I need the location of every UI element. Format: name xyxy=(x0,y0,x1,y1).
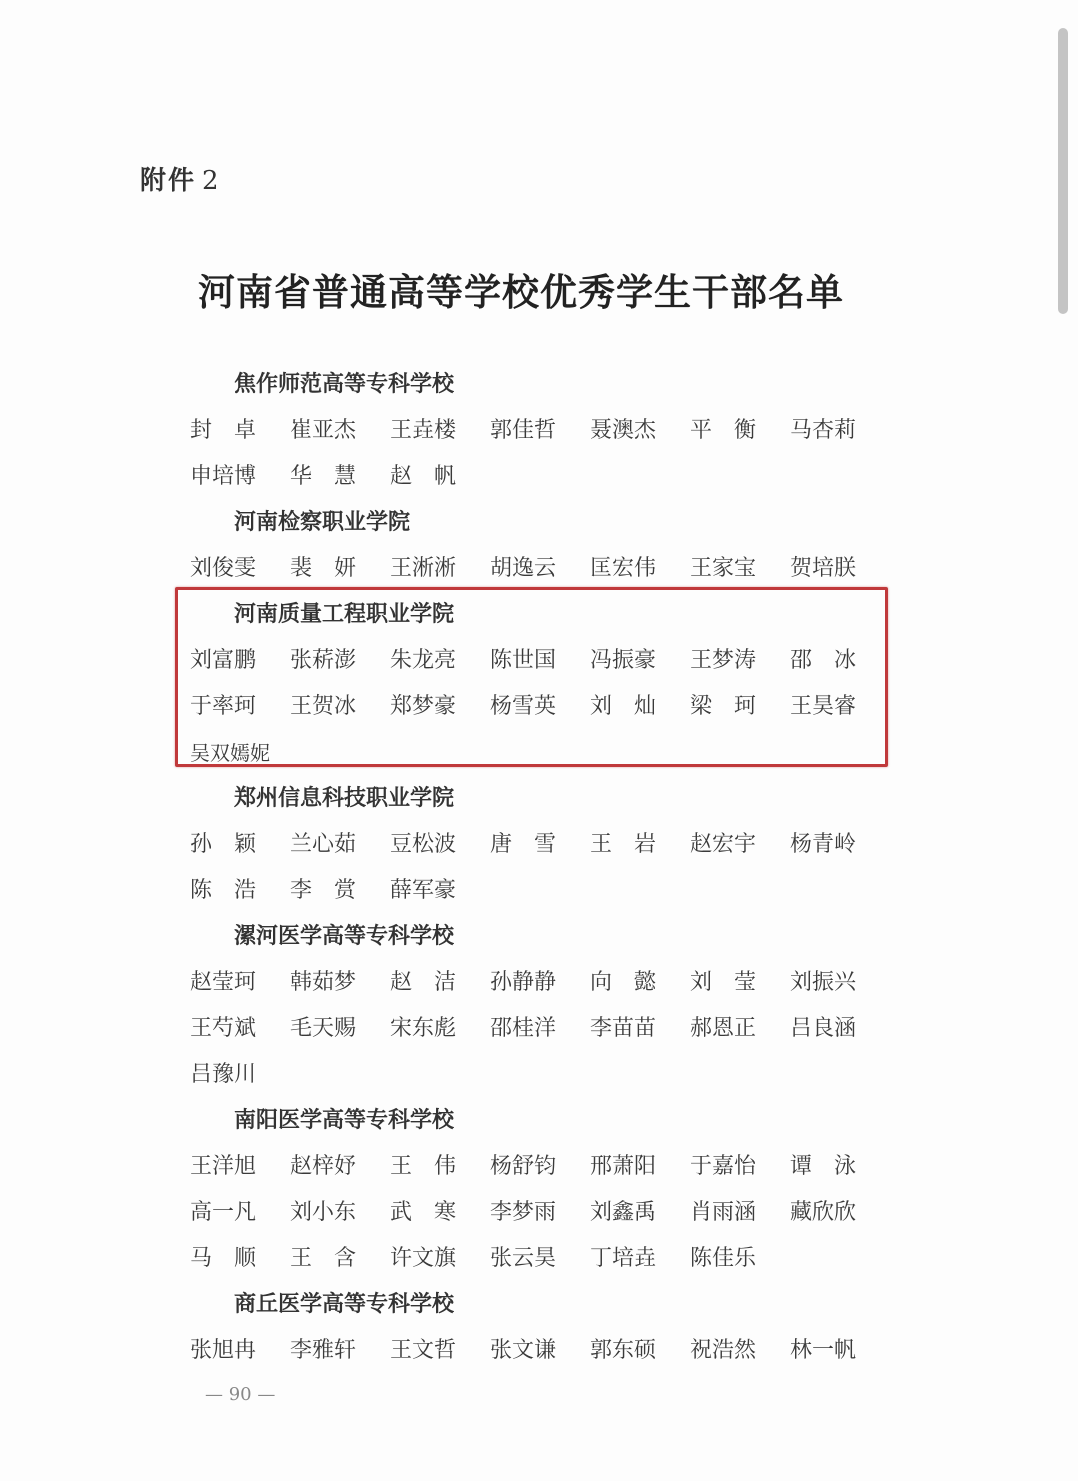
student-name: 王 伟 xyxy=(390,1144,490,1190)
student-name: 裴 妍 xyxy=(290,546,390,592)
school-name: 漯河医学高等专科学校 xyxy=(234,914,890,960)
student-name: 李梦雨 xyxy=(490,1190,590,1236)
student-name: 韩茹梦 xyxy=(290,960,390,1006)
student-name: 谭 泳 xyxy=(790,1144,890,1190)
student-name: 刘富鹏 xyxy=(190,638,290,684)
student-name: 李 赏 xyxy=(290,868,390,914)
student-name: 杨青岭 xyxy=(790,822,890,868)
school-section: 南阳医学高等专科学校 王洋旭赵梓妤王 伟杨舒钧邢萧阳于嘉怡谭 泳 高一凡刘小东武… xyxy=(190,1098,890,1282)
student-name: 赵 帆 xyxy=(390,454,490,500)
student-name: 于率珂 xyxy=(190,684,290,730)
student-name: 吴双嫣妮 xyxy=(190,730,270,776)
name-row: 张旭冉李雅轩王文哲张文谦郭东硕祝浩然林一帆 xyxy=(190,1328,890,1374)
student-name: 邵 冰 xyxy=(790,638,890,684)
name-row: 吕豫川 xyxy=(190,1052,890,1098)
student-name: 于嘉怡 xyxy=(690,1144,790,1190)
school-section: 郑州信息科技职业学院 孙 颖兰心茹豆松波唐 雪王 岩赵宏宇杨青岭 陈 浩李 赏薛… xyxy=(190,776,890,914)
student-name: 许文旗 xyxy=(390,1236,490,1282)
student-name: 崔亚杰 xyxy=(290,408,390,454)
school-section: 商丘医学高等专科学校 张旭冉李雅轩王文哲张文谦郭东硕祝浩然林一帆 xyxy=(190,1282,890,1374)
document-title: 河南省普通高等学校优秀学生干部名单 xyxy=(198,262,844,316)
student-name: 张旭冉 xyxy=(190,1328,290,1374)
student-name: 匡宏伟 xyxy=(590,546,690,592)
student-name: 陈佳乐 xyxy=(690,1236,790,1282)
student-name: 梁 珂 xyxy=(690,684,790,730)
student-name: 刘鑫禹 xyxy=(590,1190,690,1236)
student-name: 林一帆 xyxy=(790,1328,890,1374)
school-name: 焦作师范高等专科学校 xyxy=(234,362,890,408)
document-page: 附件2 河南省普通高等学校优秀学生干部名单 焦作师范高等专科学校 封 卓崔亚杰王… xyxy=(0,0,1078,1481)
student-name: 刘振兴 xyxy=(790,960,890,1006)
student-name: 陈世国 xyxy=(490,638,590,684)
attachment-label: 附件2 xyxy=(140,160,221,197)
student-name: 孙静静 xyxy=(490,960,590,1006)
student-name: 王垚楼 xyxy=(390,408,490,454)
student-name: 刘俊雯 xyxy=(190,546,290,592)
school-name: 河南质量工程职业学院 xyxy=(234,592,890,638)
student-name: 武 寒 xyxy=(390,1190,490,1236)
student-name: 马 顺 xyxy=(190,1236,290,1282)
student-name: 丁培垚 xyxy=(590,1236,690,1282)
attachment-text: 附件 xyxy=(140,166,196,196)
student-name: 刘 灿 xyxy=(590,684,690,730)
student-name: 毛天赐 xyxy=(290,1006,390,1052)
student-name: 王 岩 xyxy=(590,822,690,868)
name-row: 刘俊雯裴 妍王淅淅胡逸云匡宏伟王家宝贺培朕 xyxy=(190,546,890,592)
name-row: 王芍斌毛天赐宋东彪邵桂洋李苗苗郝恩正吕良涵 xyxy=(190,1006,890,1052)
student-name: 王贺冰 xyxy=(290,684,390,730)
student-name: 平 衡 xyxy=(690,408,790,454)
student-name: 王家宝 xyxy=(690,546,790,592)
name-row: 申培博华 慧赵 帆 xyxy=(190,454,890,500)
student-name: 胡逸云 xyxy=(490,546,590,592)
school-section-highlighted: 河南质量工程职业学院 刘富鹏张菥澎朱龙亮陈世国冯振豪王梦涛邵 冰 于率珂王贺冰郑… xyxy=(190,592,890,776)
vertical-scrollbar[interactable] xyxy=(1058,28,1068,314)
name-row: 刘富鹏张菥澎朱龙亮陈世国冯振豪王梦涛邵 冰 xyxy=(190,638,890,684)
student-name: 张菥澎 xyxy=(290,638,390,684)
student-name: 王淅淅 xyxy=(390,546,490,592)
student-name: 王梦涛 xyxy=(690,638,790,684)
school-section: 漯河医学高等专科学校 赵莹珂韩茹梦赵 洁孙静静向 懿刘 莹刘振兴 王芍斌毛天赐宋… xyxy=(190,914,890,1098)
school-name: 南阳医学高等专科学校 xyxy=(234,1098,890,1144)
student-name: 贺培朕 xyxy=(790,546,890,592)
student-name: 华 慧 xyxy=(290,454,390,500)
student-name: 冯振豪 xyxy=(590,638,690,684)
student-name: 赵宏宇 xyxy=(690,822,790,868)
student-name: 兰心茹 xyxy=(290,822,390,868)
name-row: 吴双嫣妮 xyxy=(190,730,890,776)
name-row: 高一凡刘小东武 寒李梦雨刘鑫禹肖雨涵藏欣欣 xyxy=(190,1190,890,1236)
student-name: 王文哲 xyxy=(390,1328,490,1374)
student-name: 宋东彪 xyxy=(390,1006,490,1052)
name-row: 孙 颖兰心茹豆松波唐 雪王 岩赵宏宇杨青岭 xyxy=(190,822,890,868)
student-name: 刘 莹 xyxy=(690,960,790,1006)
student-name: 郑梦豪 xyxy=(390,684,490,730)
school-name: 商丘医学高等专科学校 xyxy=(234,1282,890,1328)
name-row: 于率珂王贺冰郑梦豪杨雪英刘 灿梁 珂王昊睿 xyxy=(190,684,890,730)
student-name: 郭东硕 xyxy=(590,1328,690,1374)
student-name: 王 含 xyxy=(290,1236,390,1282)
student-name: 赵 洁 xyxy=(390,960,490,1006)
student-name: 王洋旭 xyxy=(190,1144,290,1190)
name-row: 王洋旭赵梓妤王 伟杨舒钧邢萧阳于嘉怡谭 泳 xyxy=(190,1144,890,1190)
student-name: 孙 颖 xyxy=(190,822,290,868)
student-name: 赵梓妤 xyxy=(290,1144,390,1190)
student-name: 朱龙亮 xyxy=(390,638,490,684)
student-name: 肖雨涵 xyxy=(690,1190,790,1236)
student-name: 张云昊 xyxy=(490,1236,590,1282)
student-name: 郭佳哲 xyxy=(490,408,590,454)
student-name: 封 卓 xyxy=(190,408,290,454)
student-name: 李苗苗 xyxy=(590,1006,690,1052)
student-name: 陈 浩 xyxy=(190,868,290,914)
student-name: 豆松波 xyxy=(390,822,490,868)
student-name: 祝浩然 xyxy=(690,1328,790,1374)
student-name: 聂澳杰 xyxy=(590,408,690,454)
student-name: 郝恩正 xyxy=(690,1006,790,1052)
student-name: 邵桂洋 xyxy=(490,1006,590,1052)
student-name: 杨雪英 xyxy=(490,684,590,730)
name-row: 马 顺王 含许文旗张云昊丁培垚陈佳乐 xyxy=(190,1236,890,1282)
student-name: 向 懿 xyxy=(590,960,690,1006)
school-name: 郑州信息科技职业学院 xyxy=(234,776,890,822)
school-name: 河南检察职业学院 xyxy=(234,500,890,546)
school-section: 河南检察职业学院 刘俊雯裴 妍王淅淅胡逸云匡宏伟王家宝贺培朕 xyxy=(190,500,890,592)
student-name: 薛军豪 xyxy=(390,868,490,914)
school-section: 焦作师范高等专科学校 封 卓崔亚杰王垚楼郭佳哲聂澳杰平 衡马杏莉 申培博华 慧赵… xyxy=(190,362,890,500)
page-number: — 90 — xyxy=(205,1384,275,1405)
attachment-number: 2 xyxy=(202,166,221,196)
student-name: 高一凡 xyxy=(190,1190,290,1236)
student-name: 吕良涵 xyxy=(790,1006,890,1052)
student-name: 吕豫川 xyxy=(190,1052,290,1098)
student-name: 李雅轩 xyxy=(290,1328,390,1374)
student-name: 刘小东 xyxy=(290,1190,390,1236)
student-name: 赵莹珂 xyxy=(190,960,290,1006)
name-row: 赵莹珂韩茹梦赵 洁孙静静向 懿刘 莹刘振兴 xyxy=(190,960,890,1006)
student-name: 王芍斌 xyxy=(190,1006,290,1052)
student-name: 王昊睿 xyxy=(790,684,890,730)
student-name: 张文谦 xyxy=(490,1328,590,1374)
name-row: 陈 浩李 赏薛军豪 xyxy=(190,868,890,914)
student-name: 邢萧阳 xyxy=(590,1144,690,1190)
student-name: 马杏莉 xyxy=(790,408,890,454)
name-row: 封 卓崔亚杰王垚楼郭佳哲聂澳杰平 衡马杏莉 xyxy=(190,408,890,454)
student-name: 藏欣欣 xyxy=(790,1190,890,1236)
student-name: 申培博 xyxy=(190,454,290,500)
student-name: 唐 雪 xyxy=(490,822,590,868)
student-name: 杨舒钧 xyxy=(490,1144,590,1190)
